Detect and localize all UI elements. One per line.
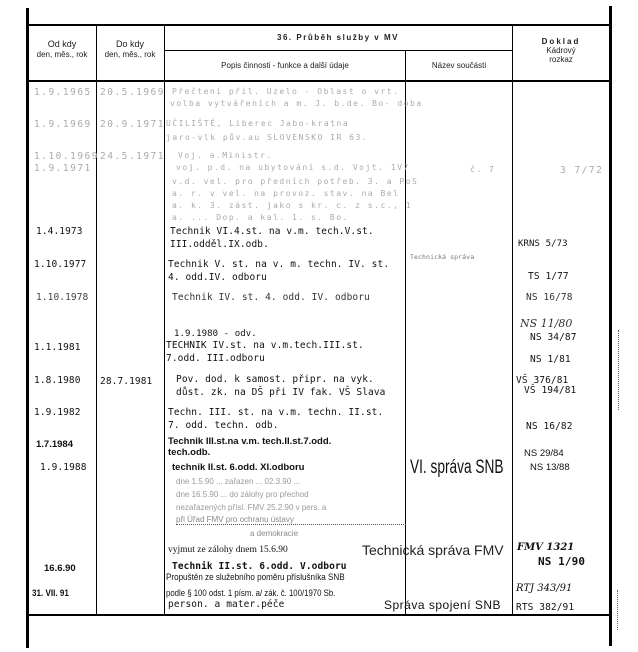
row-description-line: a. ... Dop. a kal. 1. s. Bo.: [172, 214, 349, 222]
row-description-line: při Úřad FMV pro ochranu ústavy: [176, 516, 406, 525]
row-description-line: vyjmut ze zálohy dnem 15.6.90: [168, 546, 288, 556]
row-document-ref: NS 29/84: [524, 449, 564, 459]
header-from-sublabel: den, měs., rok: [30, 51, 94, 59]
row-document-ref: NS 16/78: [526, 293, 573, 303]
row-document-ref: NS 11/80: [520, 318, 572, 329]
row-description-line: 4. odd.IV. odboru: [168, 273, 267, 283]
row-description-line: person. a mater.péče: [168, 600, 284, 610]
header-document: Doklad Kádrový rozkaz: [514, 38, 608, 64]
row-from-date: 1.9.1965: [34, 88, 92, 98]
row-description-line: Technik II.st. 6.odd. V.odboru: [172, 562, 347, 572]
row-description-line: dne 1.5.90 ... zařazen ... 02.3.90 ...: [176, 478, 300, 486]
header-from-label: Od kdy: [30, 40, 94, 49]
row-description-line: Techn. III. st. na v.m. techn. II.st.: [168, 408, 383, 418]
row-from-date: 1.7.1984: [36, 440, 73, 450]
row-from-date: 1.10.1969: [34, 152, 99, 162]
header-document-sublabel: Kádrový: [514, 47, 608, 55]
row-document-ref: NS 16/82: [526, 422, 573, 432]
row-from-date: 1.8.1980: [34, 376, 81, 386]
row-document-ref-secondary: RTS 382/91: [516, 603, 574, 613]
row-to-date: 20.9.1971: [100, 120, 165, 130]
table-left-border: [26, 8, 29, 648]
row-description-line: 1.9.1980 - odv.: [174, 330, 257, 339]
row-from-date: 1.9.1969: [34, 120, 92, 130]
row-description-line: Technik IV. st. 4. odd. IV. odboru: [172, 293, 370, 303]
row-from-date: 1.1.1981: [34, 343, 81, 353]
row-description-line: Technik III.st.na v.m. tech.II.st.7.odd.: [168, 437, 331, 447]
row-document-ref-secondary: NS 1/81: [530, 355, 571, 365]
row-description-line: nezařazených přísl. FMV 25.2.90 v pers. …: [176, 504, 326, 512]
header-from: Od kdy den, měs., rok: [30, 40, 94, 59]
row-document-ref: 3 7/72: [560, 166, 603, 176]
row-description-line: 7.odd. III.odboru: [166, 354, 265, 364]
row-unit-stamp: VI. správa SNB: [410, 458, 504, 477]
header-unit-name: Název součásti: [407, 62, 511, 70]
row-from-date-secondary: 1.9.1971: [34, 164, 92, 174]
row-to-date: 24.5.1971: [100, 152, 165, 162]
col-divider-unit-doc: [512, 25, 513, 614]
scan-noise-mark: [617, 590, 618, 630]
row-from-date: 1.10.1977: [34, 260, 86, 270]
header-to-label: Do kdy: [98, 40, 162, 49]
scan-noise-mark: [618, 330, 619, 410]
section-title-underline: [164, 50, 512, 51]
row-description-line: Pov. dod. k samost. připr. na vyk.: [176, 375, 374, 385]
row-description-line: volba vytvářeních a m. J. b.de. Bo- doba: [170, 100, 423, 108]
row-document-ref: FMV 1321: [517, 543, 574, 553]
row-document-ref: NS 13/88: [530, 463, 570, 473]
row-to-date: 20.5.1969: [100, 88, 165, 98]
row-from-date: 16.6.90: [44, 564, 76, 574]
row-description-line: a. r. v vel. na provoz. stav. na Bel: [172, 190, 399, 198]
row-description-line: a demokracie: [250, 530, 298, 538]
table-bottom-border: [28, 614, 611, 616]
row-description-line: TECHNIK IV.st. na v.m.tech.III.st.: [166, 341, 364, 351]
row-description-line: voj. p.d. na ubytování s.d. Vojt. 1V7: [176, 164, 410, 172]
row-from-date: 1.9.1988: [40, 463, 87, 473]
row-description-line: dne 16.5.90 ... do zálohy pro přechod: [176, 491, 309, 499]
row-description-line: v.d. vel. pro předních potřeb. 3. a PoS: [172, 178, 418, 186]
row-description-line: tech.odb.: [168, 448, 210, 458]
row-from-date: 1.4.1973: [36, 227, 83, 237]
row-description-line: III.odděl.IX.odb.: [170, 240, 269, 250]
row-from-date: 1.9.1982: [34, 408, 81, 418]
row-description-line: 7. odd. techn. odb.: [168, 421, 279, 431]
row-unit-stamp: Technická správa FMV: [362, 543, 504, 557]
col-divider-to-desc: [164, 25, 165, 614]
col-divider-from-to: [96, 25, 97, 614]
header-description: Popis činnosti - funkce a další údaje: [166, 62, 404, 70]
col-divider-desc-unit: [405, 51, 406, 614]
row-unit-stamp: Správa spojení SNB: [384, 599, 501, 611]
row-document-ref: RTJ 343/91: [516, 584, 572, 594]
row-from-date: 31. VII. 91: [32, 589, 69, 599]
header-document-label: Doklad: [514, 38, 608, 46]
row-description-line: Propuštěn ze služebního poměru příslušní…: [166, 573, 345, 583]
row-description-line: podle § 100 odst. 1 písm. a/ zák. č. 100…: [166, 589, 335, 599]
row-description-line: jaro-vlk pův.au SLOVENSKO IR 63.: [166, 134, 368, 142]
row-from-date: 1.10.1978: [36, 293, 88, 303]
header-document-sublabel-2: rozkaz: [514, 56, 608, 64]
row-description-line: Technik V. st. na v. m. techn. IV. st.: [168, 260, 389, 270]
header-bottom-border: [28, 80, 611, 82]
row-description-line: Technik VI.4.st. na v.m. tech.V.st.: [170, 227, 374, 237]
row-unit-name: č. 7: [470, 166, 495, 174]
row-document-ref-secondary: VŠ 194/81: [524, 386, 576, 396]
table-top-border: [28, 24, 611, 26]
row-description-line: technik II.st. 6.odd. XI.odboru: [172, 463, 304, 473]
header-to: Do kdy den, měs., rok: [98, 40, 162, 59]
row-document-ref: NS 1/90: [538, 556, 585, 567]
row-document-ref: NS 34/87: [530, 333, 577, 343]
header-to-sublabel: den, měs., rok: [98, 51, 162, 59]
row-document-ref: TS 1/77: [528, 272, 569, 282]
row-description-line: důst. zk. na DŠ při IV fak. VŠ Slava: [176, 388, 386, 398]
row-unit-name: Technická správa: [410, 254, 474, 261]
row-description-line: UČILIŠTĚ, Liberec Jabo-kratna: [166, 120, 349, 128]
section-title: 36. Průběh služby v MV: [166, 34, 510, 42]
personnel-record-page: Od kdy den, měs., rok Do kdy den, měs., …: [0, 0, 638, 652]
row-document-ref: KRNS 5/73: [518, 240, 568, 249]
row-description-line: a. k. 3. zást. jako s kr. c. z s.c., 1: [172, 202, 412, 210]
table-right-border: [609, 6, 612, 646]
row-description-line: Voj. a.Ministr.: [178, 152, 273, 160]
row-to-date: 28.7.1981: [100, 377, 152, 387]
row-description-line: Přečtení příl. Uzelo - Oblast o vrt.: [172, 88, 399, 96]
